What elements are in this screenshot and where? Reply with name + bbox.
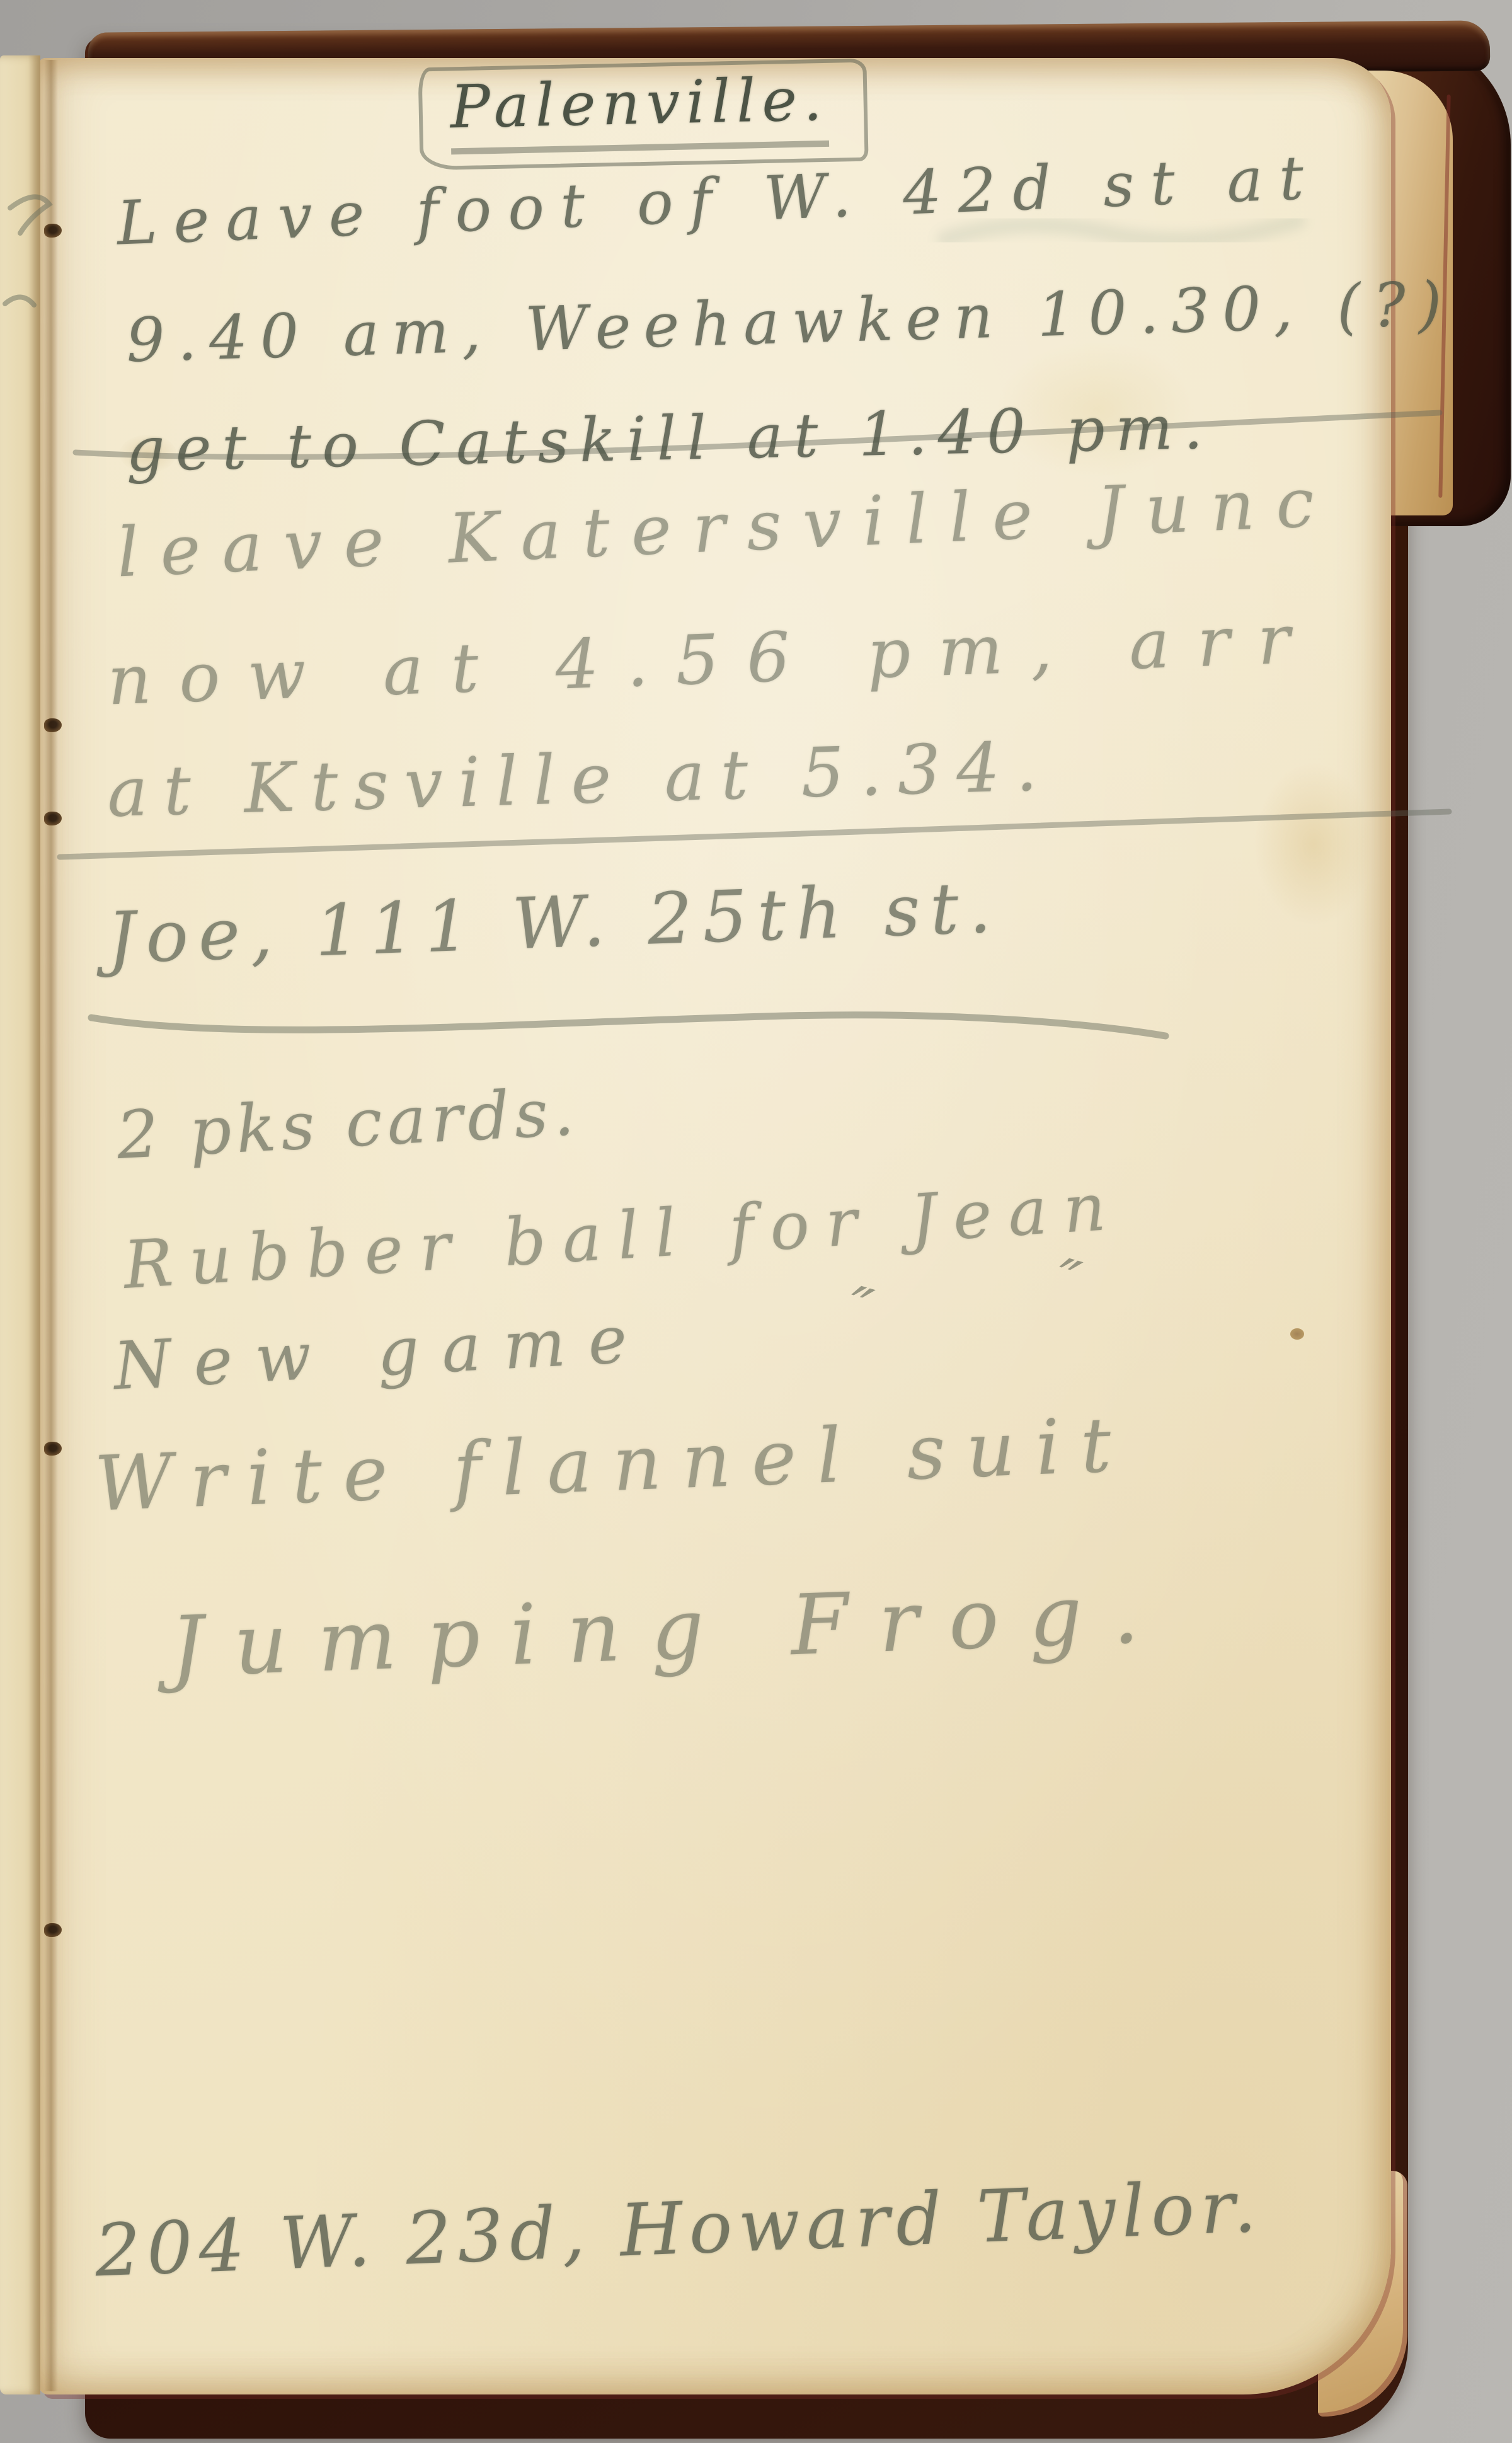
page-title-box: Palenville. — [418, 59, 868, 171]
paper-stain — [1290, 1328, 1304, 1340]
notebook-photo: Palenville. Leave foot of W. 42d st at 9… — [0, 0, 1512, 2443]
page-title: Palenville. — [450, 66, 830, 155]
facing-page-edge — [0, 55, 40, 2394]
paper-stain — [1254, 762, 1373, 926]
binding-gutter-crease — [44, 60, 58, 2391]
